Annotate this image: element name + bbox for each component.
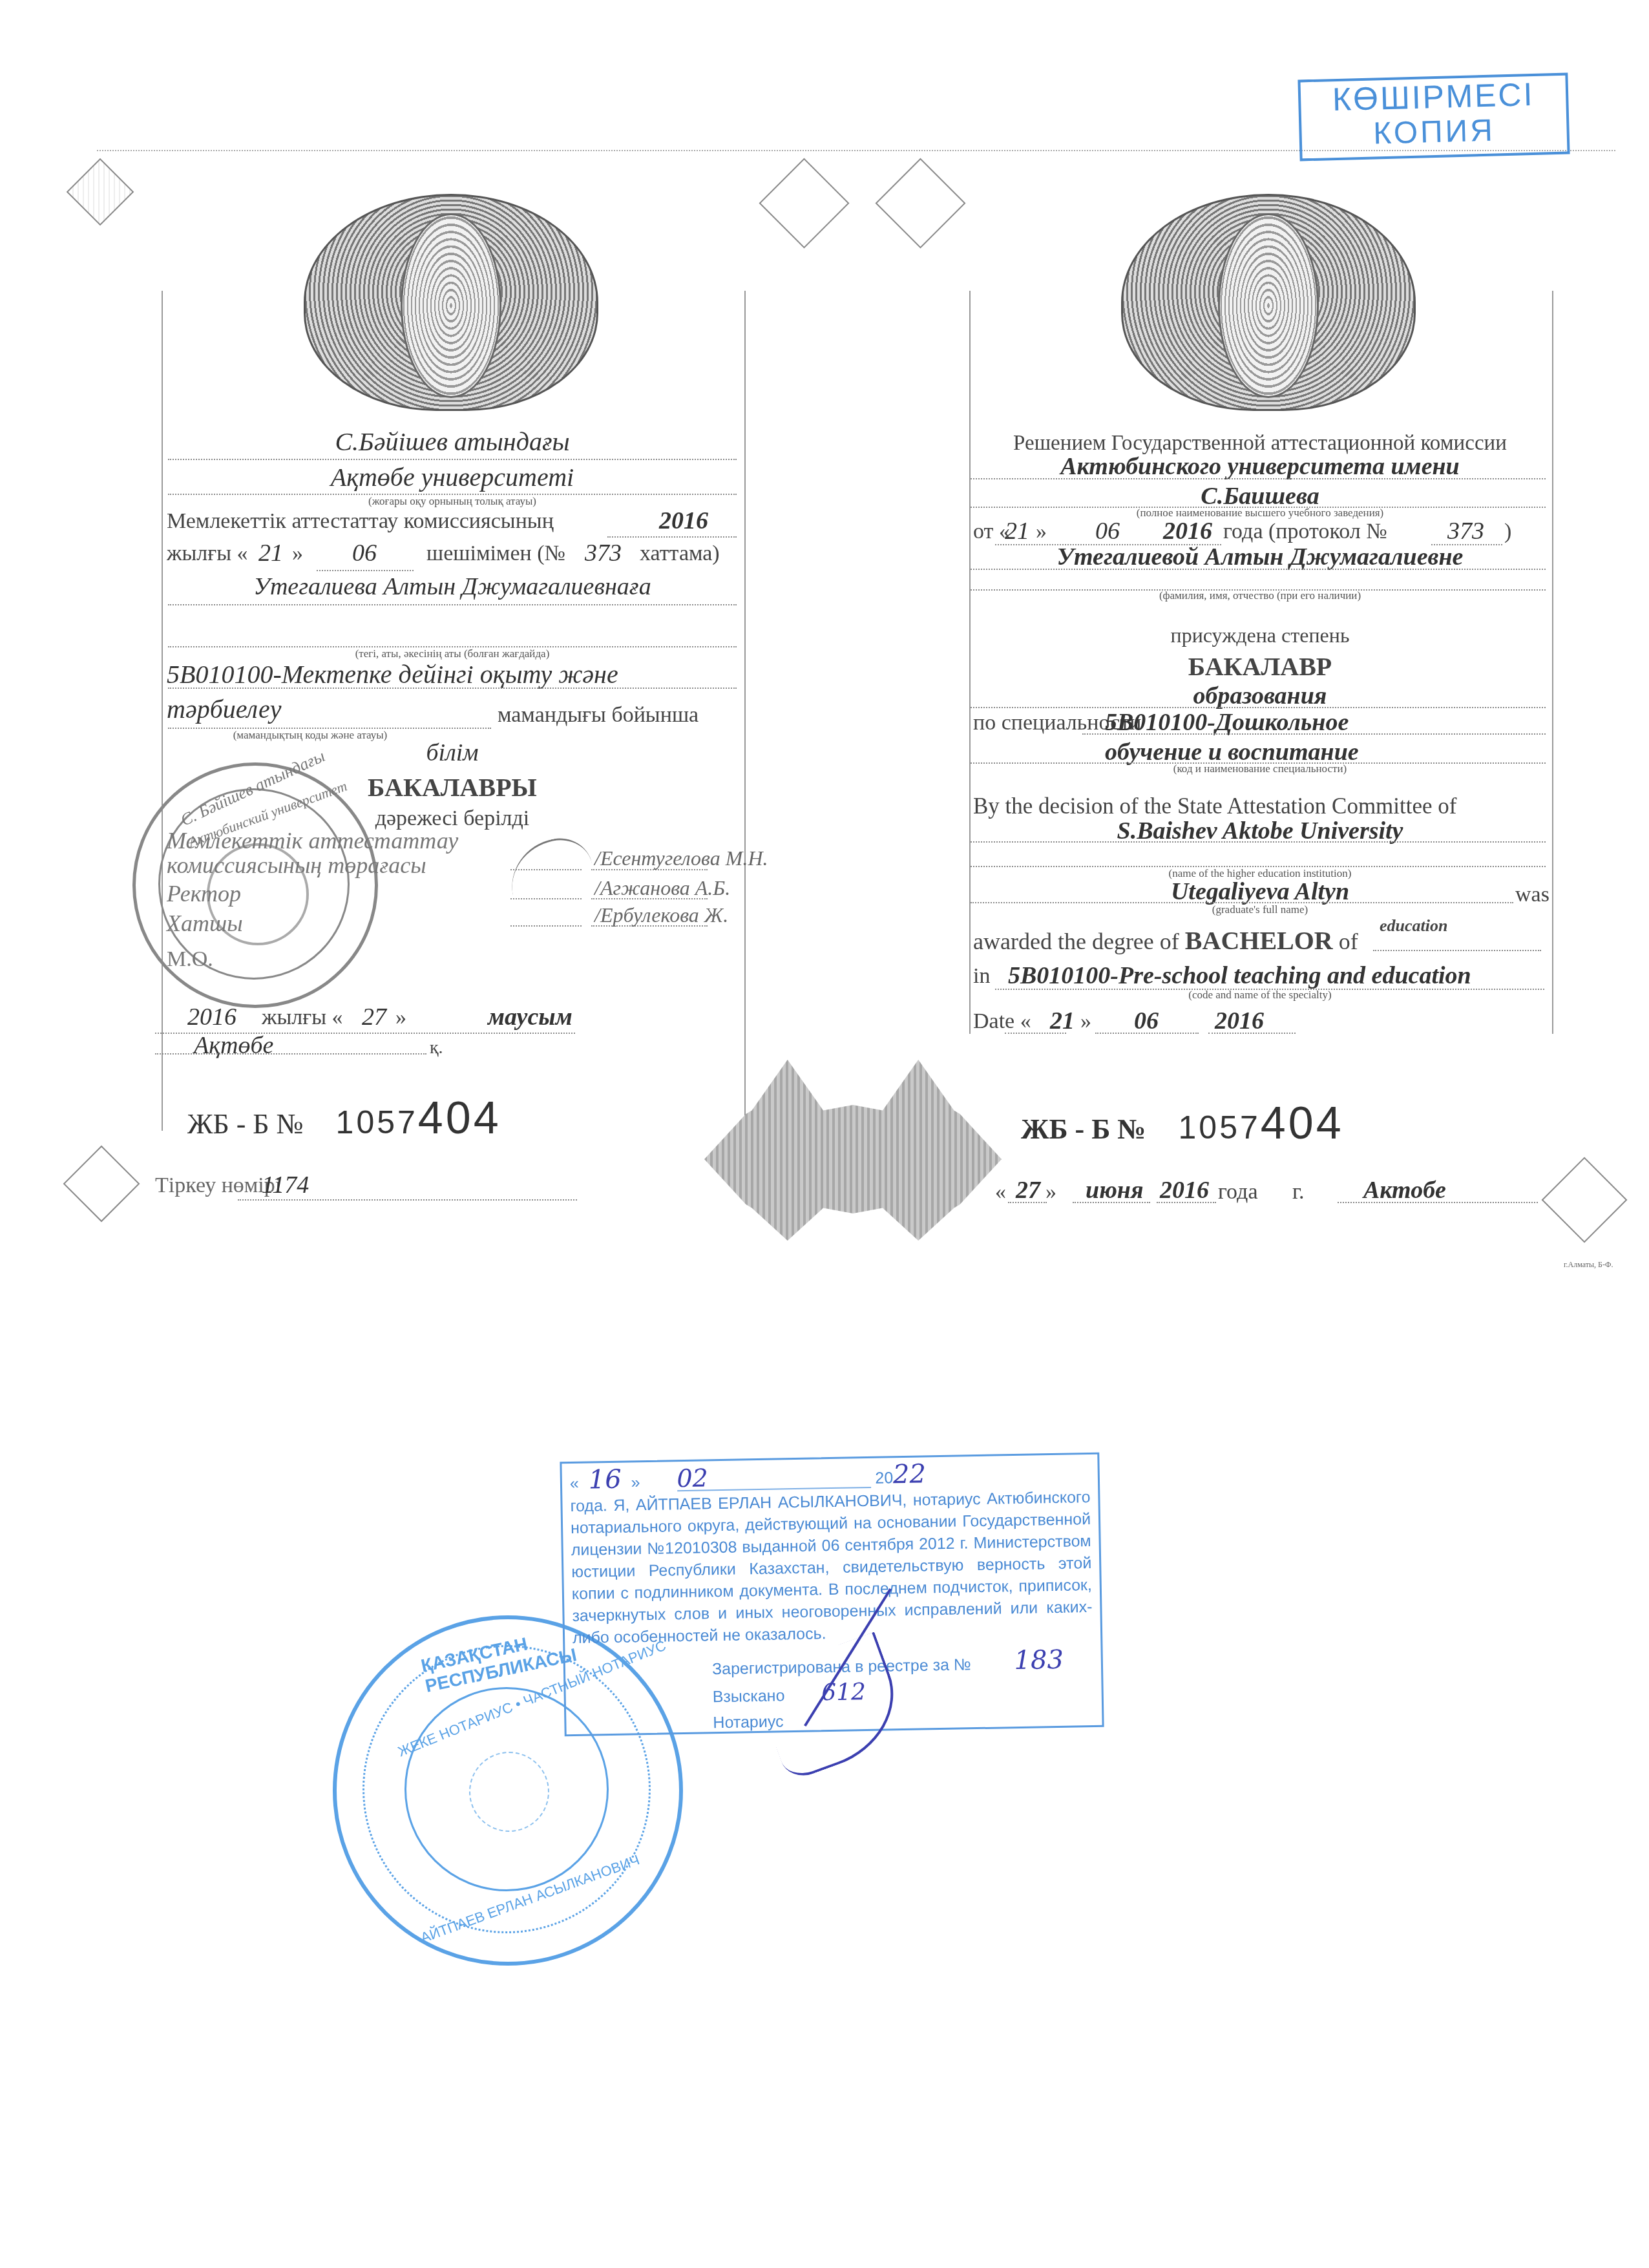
right-serial-prefix: ЖБ - Б № [1021,1113,1146,1145]
underline [1157,1202,1216,1203]
left-serial-prefix: ЖБ - Б № [187,1108,304,1140]
right-issue-open: « [995,1180,1006,1204]
underline [1095,1033,1199,1034]
en-in: in [973,964,990,989]
right-issue-year: 2016 [1160,1176,1209,1204]
en-awarded-line: awarded the degree of BACHELOR of [973,925,1358,956]
right-issue-month: июня [1086,1176,1144,1204]
underline [317,570,414,571]
underline [971,569,1546,570]
notary-seal-emblem-icon [469,1752,549,1832]
quote-close: » [631,1473,640,1491]
left-rector-label: Ректор [167,880,241,907]
ornament-diamond-icon [875,158,965,248]
left-decision-label: шешімімен (№ [426,541,565,566]
left-date-prefix: жылғы « [167,541,248,566]
notary-year-suffix: 22 [893,1459,927,1489]
left-reg-no: 1174 [262,1171,309,1199]
right-degree: БАКАЛАВР [969,651,1551,682]
left-serial-small: 1057 [336,1104,418,1140]
right-city-prefix: г. [1292,1180,1305,1204]
left-university-caption: (жоғары оқу орнының толық атауы) [162,495,743,508]
left-year: 2016 [659,507,708,535]
en-decision: By the decision of the State Attestation… [973,793,1456,819]
ornament-diamond-icon [63,1146,140,1223]
left-protocol-no: 373 [585,539,622,567]
copy-stamp-russian: КОПИЯ [1301,112,1567,154]
underline [1208,1033,1296,1034]
underline [168,459,737,460]
underline [971,841,1546,843]
left-city-suffix: қ. [430,1038,443,1058]
notary-day: 16 [588,1465,622,1495]
left-seal-label: М.О. [167,947,213,972]
left-day: 21 [258,539,283,567]
right-protocol-no: 373 [1447,517,1484,545]
underline [168,604,737,605]
en-of: of [1339,929,1358,954]
right-graduate-name: Утегалиевой Алтын Джумагалиевне [969,543,1551,571]
emblem-center-icon [401,213,501,398]
en-field: education [1380,916,1447,936]
copy-stamp: КӨШІРМЕСІ КОПИЯ [1297,73,1570,162]
left-serial-large: 404 [418,1093,501,1143]
left-specialty-line2: тәрбиелеу [167,694,281,724]
underline [1082,733,1546,735]
underline [155,1053,426,1055]
printer-mark: г.Алматы, Б-Ф. [1564,1260,1613,1270]
right-day-suffix: » [1036,520,1047,544]
right-awarded-label: присуждена степень [969,624,1551,647]
right-field: образования [969,682,1551,710]
left-chair-label-line1: Мемлекеттік аттестаттау [167,827,458,854]
right-serial-large: 404 [1261,1098,1344,1148]
en-year: 2016 [1215,1007,1264,1035]
right-issue-day-suffix: » [1045,1180,1056,1204]
ornament-diamond-icon [759,158,849,248]
notary-text: года. Я, АЙТПАЕВ ЕРЛАН АСЫЛКАНОВИЧ, нота… [570,1486,1093,1649]
left-issue-year: 2016 [187,1003,236,1031]
quote-open: « [570,1475,579,1493]
en-awarded: awarded the degree of [973,929,1179,954]
underline [238,1199,577,1201]
notary-year-prefix: 20 [875,1469,893,1487]
left-specialty-suffix: мамандығы бойынша [498,703,698,728]
left-name-caption: (тегі, аты, әкесінің аты (болған жағдайд… [162,647,743,660]
right-university-line1: Актюбинского университета имени [969,452,1551,481]
right-month: 06 [1095,517,1120,545]
copy-stamp-kazakh: КӨШІРМЕСІ [1301,76,1566,119]
left-issue-date-prefix: жылғы « [262,1005,343,1030]
left-issue-day-suffix: » [395,1005,406,1030]
underline [1373,950,1541,951]
en-day-suffix: » [1080,1009,1091,1034]
left-university-line2: Ақтөбе университеті [162,462,743,492]
left-protocol-suffix: хаттама) [640,541,720,566]
right-issue-year-suffix: года [1218,1180,1258,1204]
notary-register-no: 183 [1014,1645,1064,1675]
en-day: 21 [1050,1007,1075,1035]
signature-secretary: /Ербулекова Ж. [594,903,728,927]
right-issue-day: 27 [1016,1176,1040,1204]
left-secretary-label: Хатшы [167,910,243,937]
en-date-label: Date « [973,1009,1031,1034]
en-month: 06 [1134,1007,1159,1035]
right-name-caption: (фамилия, имя, отчество (при его наличии… [969,589,1551,602]
underline [1338,1202,1538,1203]
underline [1008,1202,1047,1203]
right-city: Актобе [1363,1176,1446,1204]
en-name-caption: (graduate's full name) [969,903,1551,916]
right-specialty-caption: (код и наименование специальности) [969,762,1551,775]
emblem-center-icon [1218,213,1319,398]
left-commission-label: Мемлекеттік аттестаттау комиссиясының [167,509,554,534]
left-specialty-line1: 5B010100-Мектепке дейінгі оқыту және [167,659,618,689]
right-year: 2016 [1163,517,1212,545]
ornament-diamond-icon [67,158,134,226]
left-month: 06 [352,539,377,567]
underline [168,688,737,689]
underline [607,536,737,538]
left-day-suffix: » [292,541,303,566]
signature-rector: /Агжанова А.Б. [594,876,730,900]
underline [1005,1033,1066,1034]
left-issue-day: 27 [362,1003,386,1031]
right-specialty-line1: 5B010100-Дошкольное [1105,708,1349,737]
en-specialty: 5B010100-Pre-school teaching and educati… [1008,961,1471,990]
signature-chair: /Есентугелова М.Н. [594,846,768,870]
underline [971,478,1546,479]
right-protocol-suffix: ) [1504,520,1511,544]
left-chair-label-line2: комиссиясының төрағасы [167,852,426,879]
left-university-line1: С.Бәйішев атындағы [162,426,743,457]
ornament-diamond-icon [1542,1157,1628,1243]
right-serial-small: 1057 [1179,1109,1261,1146]
left-city: Ақтөбе [194,1031,273,1060]
left-serial-number: ЖБ - Б №1057404 [187,1092,501,1144]
underline [1073,1202,1150,1203]
right-serial-number: ЖБ - Б №1057404 [1021,1097,1344,1149]
notary-month: 02 [677,1464,871,1491]
right-year-suffix: года (протокол № [1223,520,1387,544]
en-specialty-caption: (code and name of the specialty) [969,989,1551,1002]
right-day: 21 [1005,517,1029,545]
en-degree: BACHELOR [1185,926,1333,955]
left-issue-month: маусым [488,1003,572,1031]
left-graduate-name: Утегалиева Алтын Джумагалиевнаға [162,572,743,601]
center-ornament-icon [704,1060,1002,1241]
